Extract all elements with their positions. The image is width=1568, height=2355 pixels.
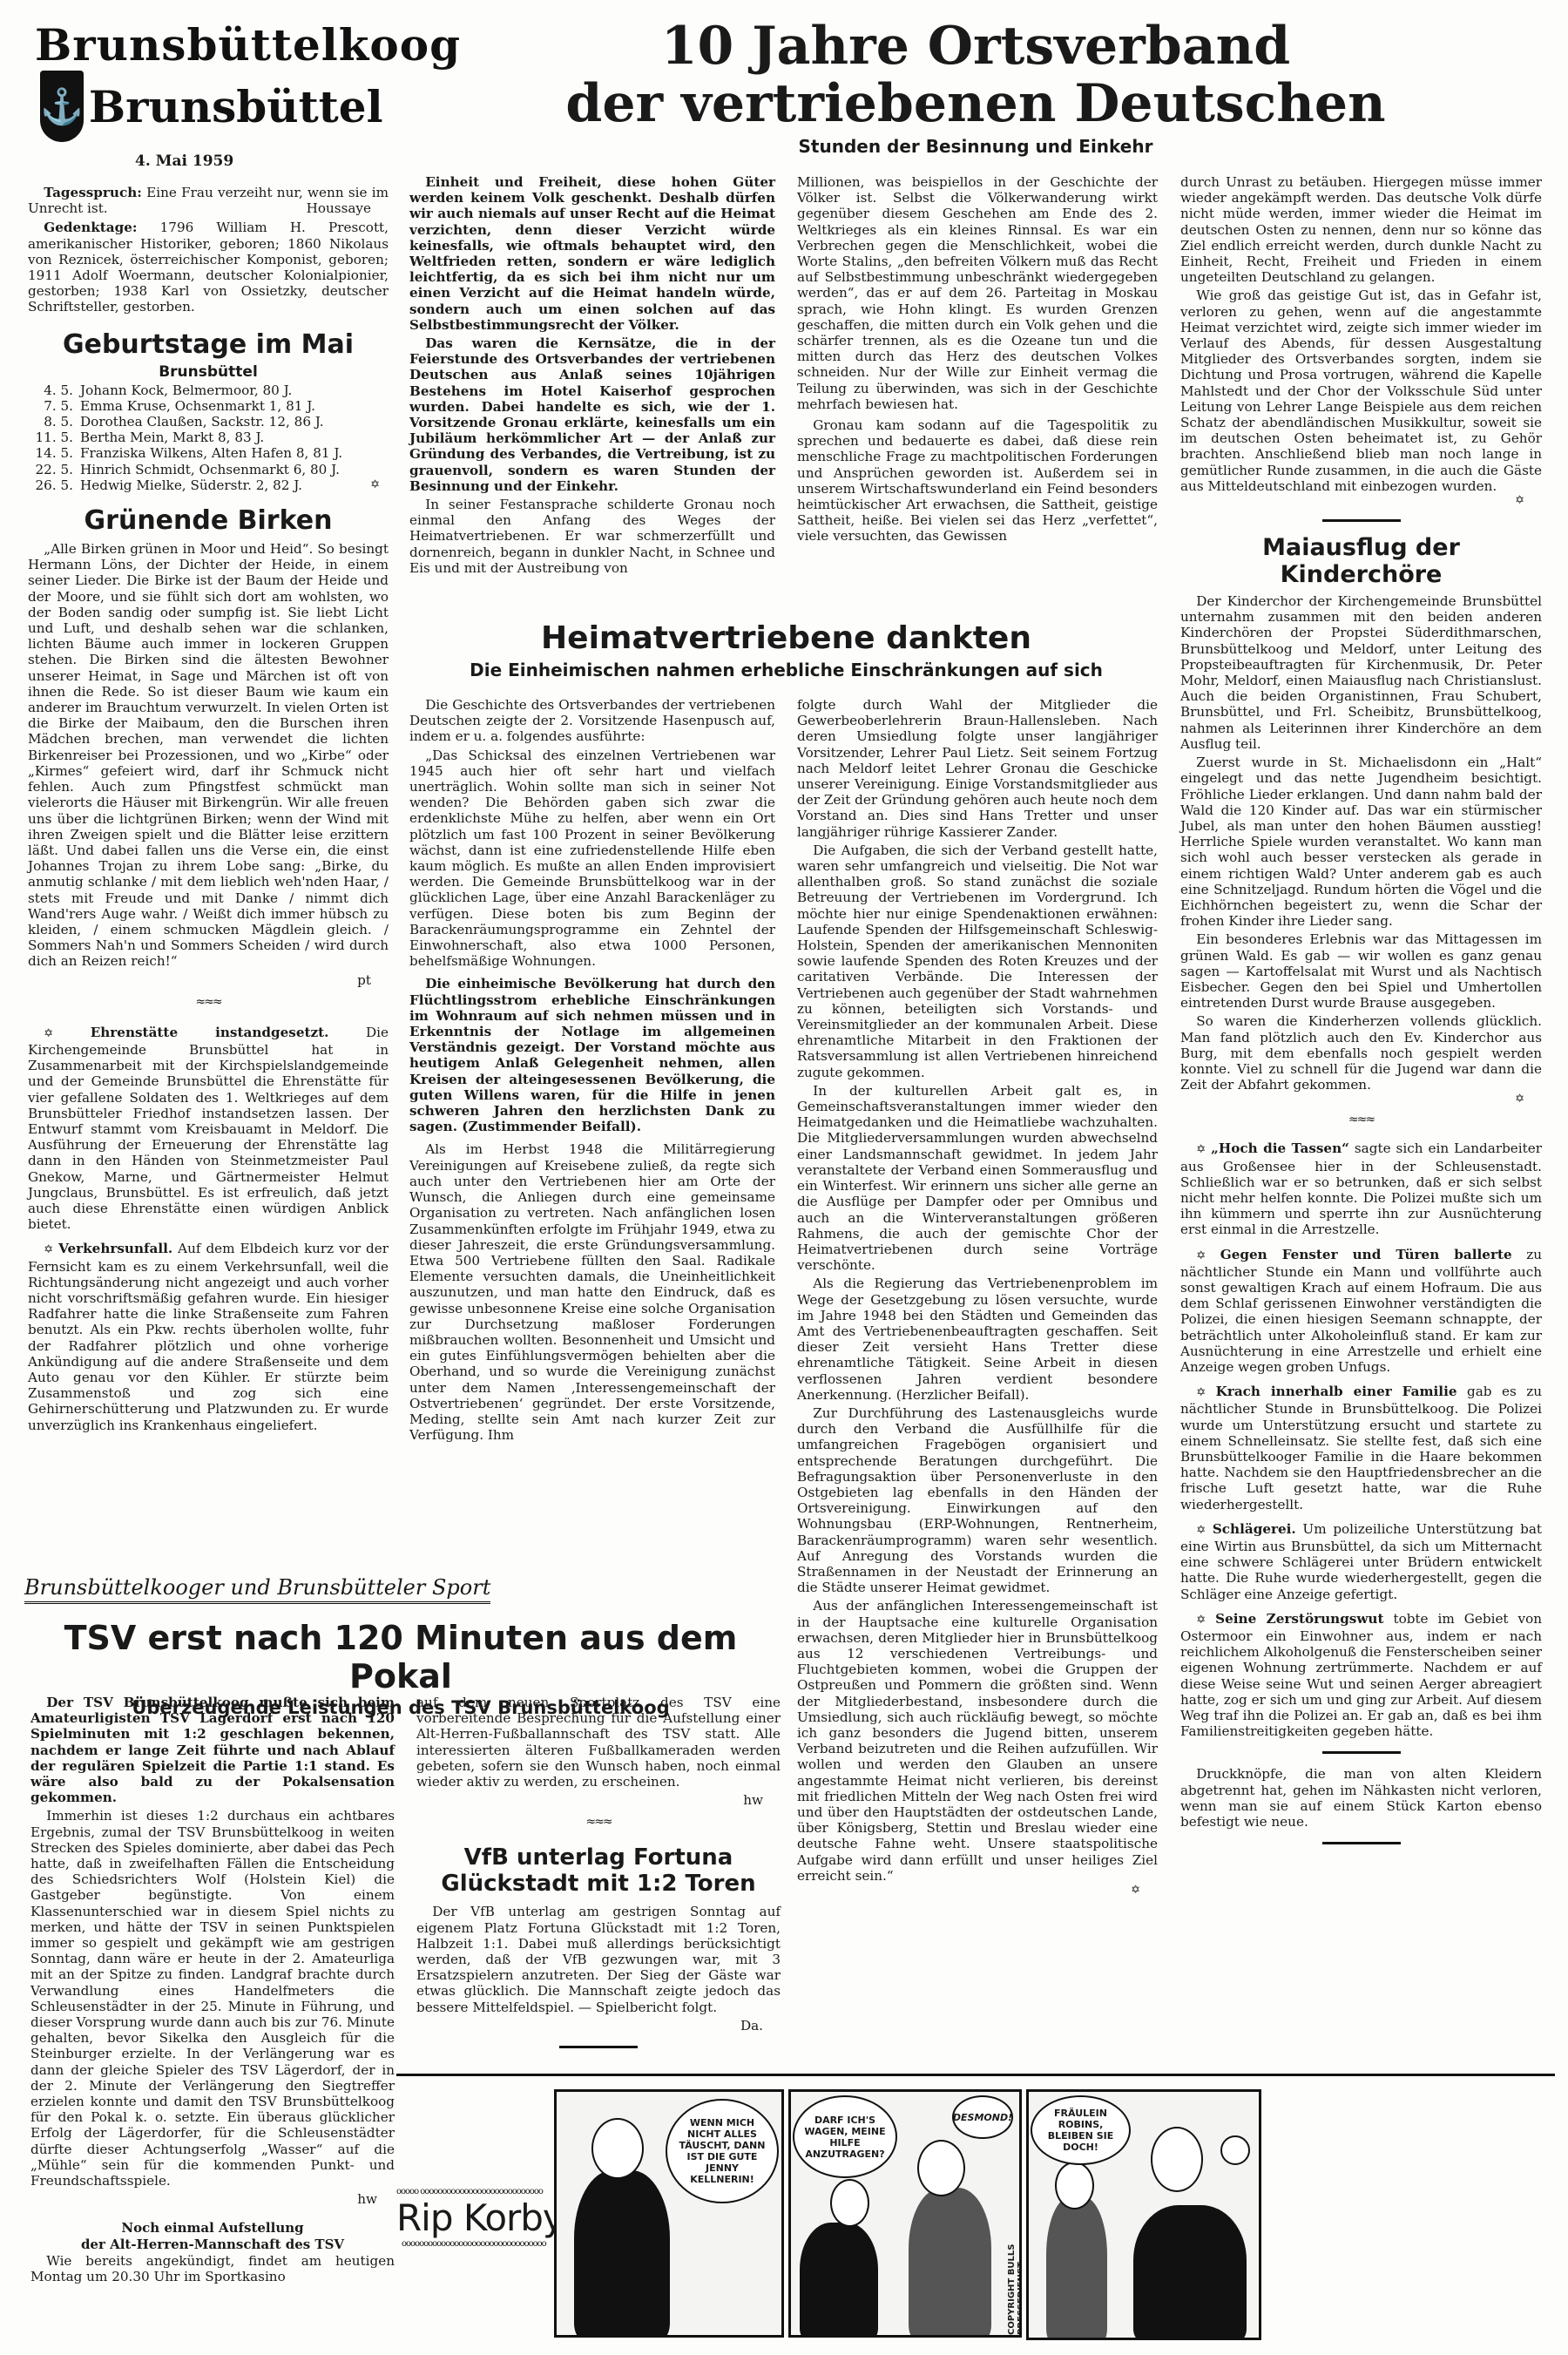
vfb-title-2: Glückstadt mit 1:2 Toren [416,1871,781,1897]
squiggle-divider-icon: ≈≈≈ [28,995,389,1009]
star-icon: ✡ [1196,1249,1206,1262]
speech-bubble: WENN MICH NICHT ALLES TÄUSCHT, DANN IST … [666,2099,779,2203]
birthday-entry: 8. 5.Dorothea Claußen, Sackstr. 12, 86 J… [28,414,389,430]
birthday-entry: 11. 5.Bertha Mein, Markt 8, 83 J. [28,430,389,445]
woman-figure [909,2188,991,2338]
squiggle-divider-icon: ≈≈≈ [416,1815,781,1829]
woman-figure [1046,2196,1107,2340]
heimat-column-1: Die Geschichte des Ortsverbandes der ver… [409,697,775,1443]
masthead-subtitle: ⚓ Brunsbüttel [35,71,383,142]
star-icon: ✡ [1196,1386,1206,1399]
star-icon: ✡ [370,477,389,493]
divider [559,2046,638,2048]
police-item: ✡ Krach innerhalb einer Familie gab es z… [1180,1384,1542,1512]
birthdays-title: Geburtstage im Mai [28,329,389,360]
masthead: Brunsbüttelkoog ⚓ Brunsbüttel 4. Mai 195… [35,19,383,170]
clock-icon [1220,2135,1250,2165]
waitress-figure [1133,2205,1247,2340]
lead-column-2: Millionen, was beispiellos in der Geschi… [797,174,1158,545]
anchor-crest-icon: ⚓ [40,71,84,142]
birken-signature: pt [28,972,389,988]
chain-ornament-icon: ooooooooooooooooooooooooooooooooo [402,2239,558,2249]
birthday-entry: 4. 5.Johann Kock, Belmermoor, 80 J. [28,382,389,398]
household-tip: Druckknöpfe, die man von alten Kleidern … [1180,1766,1542,1830]
lead-subtitle: Stunden der Besinnung und Einkehr [531,136,1420,157]
verkehr-item: ✡ Verkehrsunfall. Auf dem Elbdeich kurz … [28,1241,389,1432]
chain-ornament-icon: ooooo oooooooooooooooooooooooooooo [396,2187,553,2196]
birthday-entry: 22. 5.Hinrich Schmidt, Ochsenmarkt 6, 80… [28,462,389,477]
waitress-figure [574,2170,670,2338]
comic-panel-3: FRÄULEIN ROBINS, BLEIBEN SIE DOCH! [1026,2089,1261,2340]
birthday-entry: 26. 5.Hedwig Mielke, Süderstr. 2, 82 J.✡ [28,477,389,493]
star-icon: ✡ [1196,1524,1206,1537]
ehrenstaette-item: ✡ Ehrenstätte instandgesetzt. Die Kirche… [28,1025,389,1233]
man-head [830,2179,869,2227]
police-item: ✡ Schlägerei. Um polizeiliche Unterstütz… [1180,1521,1542,1602]
masthead-title: Brunsbüttelkoog [35,19,383,71]
heimat-headline: Heimatvertriebene dankten Die Einheimisc… [409,620,1163,680]
tagesspruch: Tagesspruch: Eine Frau verzeiht nur, wen… [28,185,389,216]
birthday-entry: 7. 5.Emma Kruse, Ochsenmarkt 1, 81 J. [28,398,389,414]
divider [1322,1751,1401,1754]
woman-head [1055,2162,1094,2210]
comic-top-rule [396,2074,1555,2076]
gedenktage: Gedenktage: 1796 William H. Prescott, am… [28,220,389,315]
vfb-title-1: VfB unterlag Fortuna [416,1844,781,1871]
copyright-notice: COPYRIGHT BULLS PRESSEDIENST [1007,2188,1022,2335]
sport-title: TSV erst nach 120 Minuten aus dem Pokal [17,1619,784,1695]
star-icon: ✡ [1180,1093,1542,1106]
waitress-head [1151,2127,1203,2192]
comic-title: Rip Korby [396,2196,564,2239]
waitress-head [591,2118,644,2179]
man-figure [800,2223,878,2338]
heimat-column-2: folgte durch Wahl der Mitglieder die Gew… [797,697,1158,1897]
divider [1322,1842,1401,1844]
comic-panel-2: DARF ICH'S WAGEN, MEINE HILFE ANZUTRAGEN… [788,2089,1022,2338]
birthday-list: 4. 5.Johann Kock, Belmermoor, 80 J. 7. 5… [28,382,389,493]
speech-bubble: DESMOND! [952,2095,1013,2139]
woman-head [917,2140,965,2196]
comic-title-block: ooooo oooooooooooooooooooooooooooo Rip K… [396,2187,564,2249]
lead-title-line1: 10 Jahre Ortsverband [531,17,1420,75]
police-item: ✡ Gegen Fenster und Türen ballerte zu nä… [1180,1247,1542,1376]
star-icon: ✡ [1196,1614,1206,1627]
sport-column-1: Der TSV Brunsbüttelkoog mußte sich beim … [30,1695,395,2284]
lead-column-3: durch Unrast zu betäuben. Hiergegen müss… [1180,174,1542,1857]
comic-panel-1: WENN MICH NICHT ALLES TÄUSCHT, DANN IST … [554,2089,784,2338]
maiausflug-title: Maiausflug der Kinderchöre [1180,534,1542,588]
birthdays-place: Brunsbüttel [28,363,389,381]
birken-title: Grünende Birken [28,505,389,536]
star-icon: ✡ [797,1884,1158,1897]
police-item: ✡ Seine Zerstörungswut tobte im Gebiet v… [1180,1611,1542,1740]
divider [1322,519,1401,522]
sport-section-label: Brunsbüttelkooger und Brunsbütteler Spor… [24,1575,490,1604]
sport-column-2: auf dem neuen Sportplatz des TSV eine vo… [416,1695,781,2061]
speech-bubble: DARF ICH'S WAGEN, MEINE HILFE ANZUTRAGEN… [793,2095,897,2178]
issue-date: 4. Mai 1959 [135,152,383,170]
lead-title-line2: der vertriebenen Deutschen [531,75,1420,132]
star-icon: ✡ [44,1243,53,1256]
police-item: ✡ „Hoch die Tassen“ sagte sich ein Landa… [1180,1140,1542,1237]
heimat-subtitle: Die Einheimischen nahmen erhebliche Eins… [409,660,1163,680]
lead-headline: 10 Jahre Ortsverband der vertriebenen De… [531,17,1420,157]
star-icon: ✡ [1196,1143,1206,1156]
birken-text: „Alle Birken grünen in Moor und Heid“. S… [28,541,389,969]
left-column: Tagesspruch: Eine Frau verzeiht nur, wen… [28,185,389,1433]
squiggle-divider-icon: ≈≈≈ [1180,1113,1542,1127]
birthday-entry: 14. 5.Franziska Wilkens, Alten Hafen 8, … [28,445,389,461]
star-icon: ✡ [44,1027,53,1040]
speech-bubble: FRÄULEIN ROBINS, BLEIBEN SIE DOCH! [1031,2095,1131,2165]
star-icon: ✡ [1180,494,1542,507]
lead-column-1: Einheit und Freiheit, diese hohen Güter … [409,174,775,576]
heimat-title: Heimatvertriebene dankten [409,620,1163,656]
